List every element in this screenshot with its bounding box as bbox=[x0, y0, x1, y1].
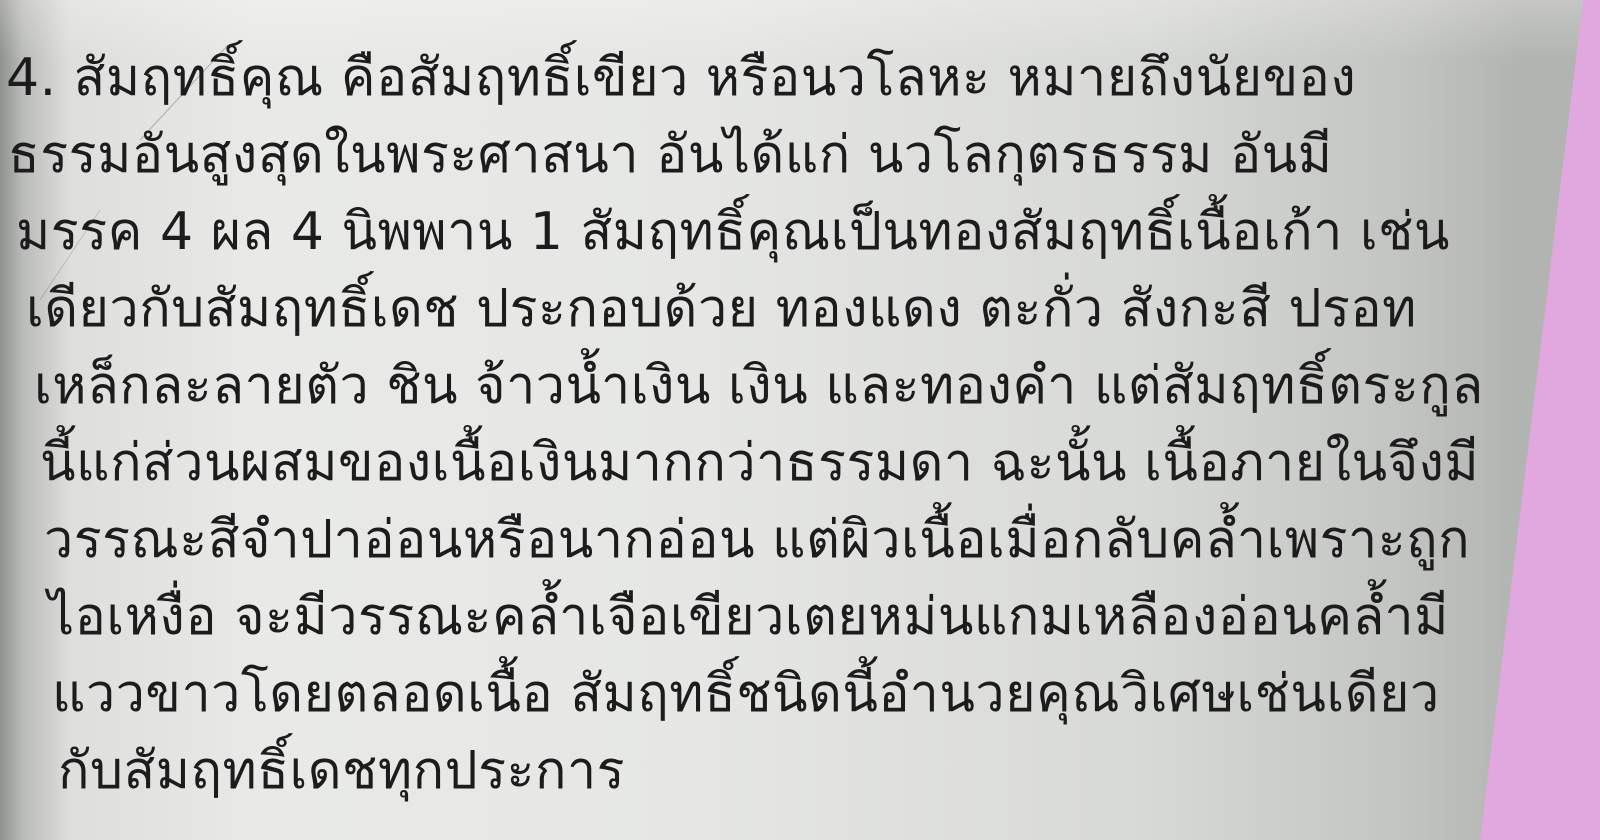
paragraph-line-1: 4. สัมฤทธิ์คุณ คือสัมฤทธิ์เขียว หรือนวโล… bbox=[6, 40, 1566, 117]
paragraph-line-5: เหล็กละลายตัว ชิน จ้าวน้ำเงิน เงิน และทอ… bbox=[6, 348, 1566, 425]
paragraph-line-7: วรรณะสีจำปาอ่อนหรือนากอ่อน แต่ผิวเนื้อเม… bbox=[6, 502, 1566, 579]
paragraph-line-4: เดียวกับสัมฤทธิ์เดช ประกอบด้วย ทองแดง ตะ… bbox=[6, 271, 1566, 348]
document-paragraph: 4. สัมฤทธิ์คุณ คือสัมฤทธิ์เขียว หรือนวโล… bbox=[6, 40, 1566, 810]
paragraph-line-10: กับสัมฤทธิ์เดชทุกประการ bbox=[6, 733, 1566, 810]
photographed-screen: 4. สัมฤทธิ์คุณ คือสัมฤทธิ์เขียว หรือนวโล… bbox=[0, 0, 1600, 840]
paragraph-line-3: มรรค 4 ผล 4 นิพพาน 1 สัมฤทธิ์คุณเป็นทองส… bbox=[6, 194, 1566, 271]
paragraph-line-9: แววขาวโดยตลอดเนื้อ สัมฤทธิ์ชนิดนี้อำนวยค… bbox=[6, 656, 1566, 733]
paragraph-line-8: ไอเหงื่อ จะมีวรรณะคล้ำเจือเขียวเตยหม่นแก… bbox=[6, 579, 1566, 656]
paragraph-line-6: นี้แก่ส่วนผสมของเนื้อเงินมากกว่าธรรมดา ฉ… bbox=[6, 425, 1566, 502]
paragraph-line-2: ธรรมอันสูงสุดในพระศาสนา อันได้แก่ นวโลกุ… bbox=[6, 117, 1566, 194]
